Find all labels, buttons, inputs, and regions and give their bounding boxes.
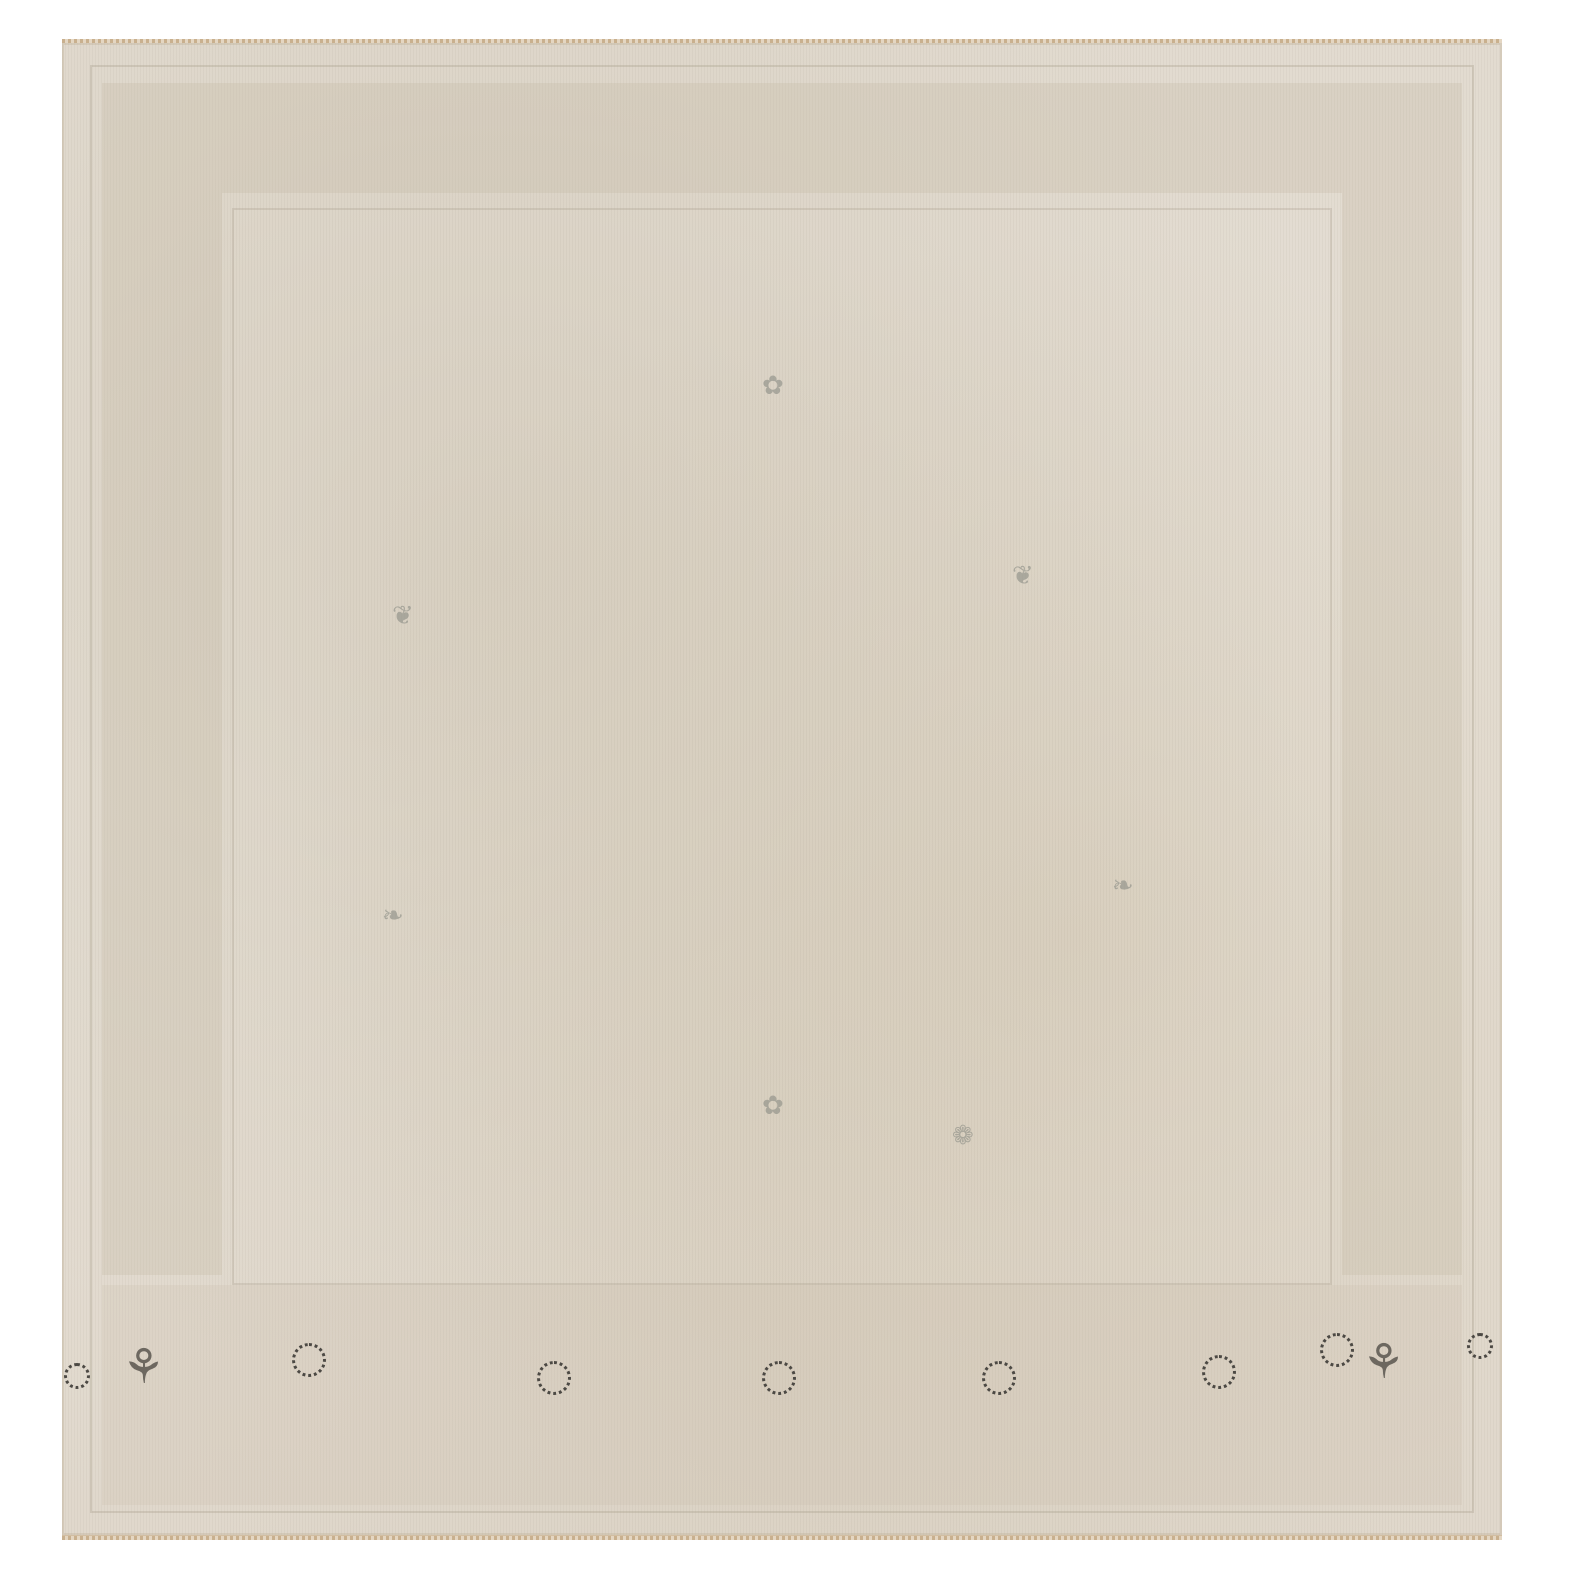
floral-spray-icon: ❧ xyxy=(382,903,404,929)
floral-spray-icon: ❧ xyxy=(1112,873,1134,899)
corner-floral-icon: ⚘ xyxy=(1362,1338,1405,1386)
floral-spray-icon: ❦ xyxy=(392,603,414,629)
floral-spray-icon: ❁ xyxy=(952,1123,974,1149)
rosette-icon xyxy=(64,1363,90,1389)
rosette-icon xyxy=(1467,1333,1493,1359)
rosette-icon xyxy=(537,1361,571,1395)
rosette-icon xyxy=(762,1361,796,1395)
bottom-fringe xyxy=(62,1536,1502,1540)
floral-spray-icon: ✿ xyxy=(762,1093,784,1119)
inner-guard-line xyxy=(232,208,1332,1285)
floral-spray-icon: ✿ xyxy=(762,373,784,399)
floral-spray-icon: ❦ xyxy=(1012,563,1034,589)
rosette-icon xyxy=(292,1343,326,1377)
rosette-icon xyxy=(982,1361,1016,1395)
rosette-icon xyxy=(1320,1333,1354,1367)
rug: ❦ ❦ ❧ ❧ ✿ ✿ ❁ ⚘ ⚘ xyxy=(62,40,1502,1539)
corner-floral-icon: ⚘ xyxy=(122,1343,165,1391)
top-fringe xyxy=(62,39,1502,43)
rosette-icon xyxy=(1202,1355,1236,1389)
